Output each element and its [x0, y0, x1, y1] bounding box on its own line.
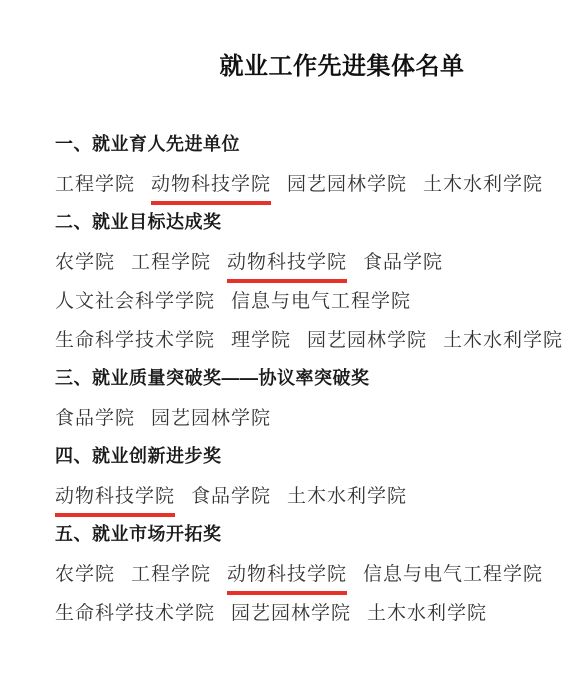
college-name: 人文社会科学学院 — [55, 290, 215, 314]
college-name: 园艺园林学院 — [231, 602, 351, 626]
college-name: 园艺园林学院 — [287, 173, 407, 197]
college-name: 工程学院 — [131, 563, 211, 587]
college-line: 人文社会科学学院信息与电气工程学院 — [55, 281, 552, 320]
college-line: 工程学院动物科技学院园艺园林学院土木水利学院 — [55, 164, 552, 203]
college-name: 园艺园林学院 — [151, 407, 271, 431]
college-name: 土木水利学院 — [443, 329, 563, 353]
college-name: 信息与电气工程学院 — [231, 290, 411, 314]
college-name: 土木水利学院 — [287, 485, 407, 509]
college-name: 园艺园林学院 — [307, 329, 427, 353]
college-name: 生命科学技术学院 — [55, 329, 215, 353]
college-name-highlighted: 动物科技学院 — [151, 173, 271, 205]
college-line: 生命科学技术学院园艺园林学院土木水利学院 — [55, 593, 552, 632]
college-line: 生命科学技术学院理学院园艺园林学院土木水利学院 — [55, 320, 552, 359]
college-name-highlighted: 动物科技学院 — [55, 485, 175, 517]
college-name: 工程学院 — [55, 173, 135, 197]
college-name: 土木水利学院 — [423, 173, 543, 197]
college-name-highlighted: 动物科技学院 — [227, 563, 347, 595]
document-page: 就业工作先进集体名单 一、就业育人先进单位工程学院动物科技学院园艺园林学院土木水… — [0, 0, 582, 688]
college-name: 食品学院 — [55, 407, 135, 431]
college-line: 食品学院园艺园林学院 — [55, 398, 552, 437]
college-line: 农学院工程学院动物科技学院信息与电气工程学院 — [55, 554, 552, 593]
page-title: 就业工作先进集体名单 — [0, 48, 582, 87]
college-name: 土木水利学院 — [367, 602, 487, 626]
college-name: 农学院 — [55, 563, 115, 587]
college-name: 食品学院 — [363, 251, 443, 275]
section-heading: 五、就业市场开拓奖 — [55, 515, 552, 554]
college-name: 生命科学技术学院 — [55, 602, 215, 626]
college-name: 理学院 — [231, 329, 291, 353]
college-name-highlighted: 动物科技学院 — [227, 251, 347, 283]
college-name: 工程学院 — [131, 251, 211, 275]
college-name: 食品学院 — [191, 485, 271, 509]
sections-container: 一、就业育人先进单位工程学院动物科技学院园艺园林学院土木水利学院二、就业目标达成… — [0, 125, 582, 632]
section-heading: 三、就业质量突破奖——协议率突破奖 — [55, 359, 552, 398]
college-name: 农学院 — [55, 251, 115, 275]
section-heading: 二、就业目标达成奖 — [55, 203, 552, 242]
college-name: 信息与电气工程学院 — [363, 563, 543, 587]
college-line: 动物科技学院食品学院土木水利学院 — [55, 476, 552, 515]
section-heading: 四、就业创新进步奖 — [55, 437, 552, 476]
college-line: 农学院工程学院动物科技学院食品学院 — [55, 242, 552, 281]
section-heading: 一、就业育人先进单位 — [55, 125, 552, 164]
